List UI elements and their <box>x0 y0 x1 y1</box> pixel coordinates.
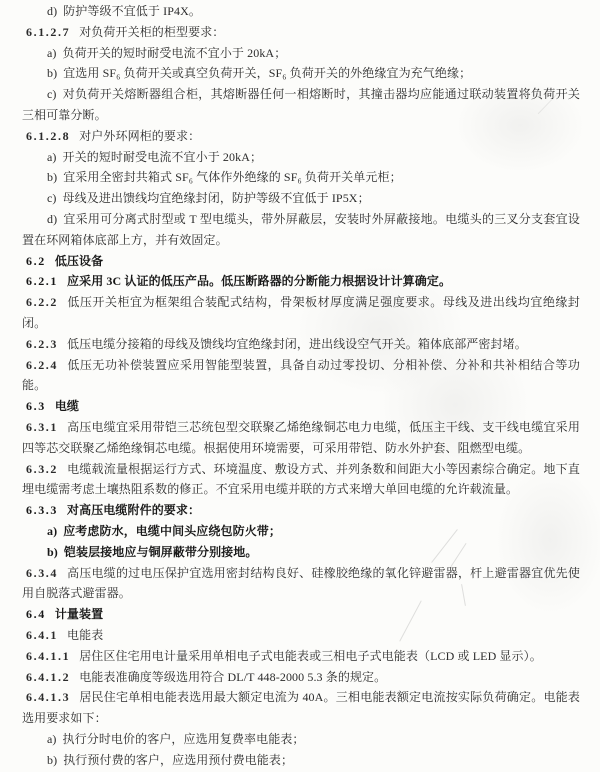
paragraph-text: 防护等级不宜低于 IP4X。 <box>63 4 201 18</box>
clause-number: 6.2.1 <box>26 274 58 288</box>
paragraph-text: 开关的短时耐受电流不宜小于 20kA； <box>63 150 263 164</box>
clause-paragraph: 6.3.2电缆载流量根据运行方式、环境温度、敷设方式、并列条数和间距大小等因素综… <box>22 459 580 501</box>
item-label: a) <box>47 150 57 164</box>
clause-paragraph: 6.3.1高压电缆宜采用带铠三芯统包型交联聚乙烯绝缘铜芯电力电缆，低压主干线、支… <box>22 417 580 459</box>
paragraph-text: 执行预付费的客户，应选用预付费电能表； <box>63 753 293 767</box>
paragraph-text: 执行分时电价的客户，应选用复费率电能表； <box>63 732 305 746</box>
item-label: a) <box>47 46 57 60</box>
item-label: b) <box>47 753 57 767</box>
paragraph-text: 对户外环网柜的要求： <box>79 129 200 143</box>
list-item: c)对负荷开关熔断器组合柜，其熔断器任何一相熔断时，其撞击器均应能通过联动装置将… <box>22 84 580 126</box>
clause-number: 6.3.3 <box>26 503 58 517</box>
list-item: b)宜采用全密封共箱式 SF₆ 气体作外绝缘的 SF₆ 负荷开关单元柜； <box>22 167 580 188</box>
item-label: d) <box>47 4 57 18</box>
list-item: a)应考虑防水，电缆中间头应绕包防火带； <box>22 521 580 542</box>
document-body: d)防护等级不宜低于 IP4X。 6.1.2.7对负荷开关柜的柜型要求： a)负… <box>22 1 580 770</box>
item-label: b) <box>47 545 58 559</box>
clause-paragraph: 6.3.4高压电缆的过电压保护宜选用密封结构良好、硅橡胶绝缘的氧化锌避雷器，杆上… <box>22 563 580 605</box>
paragraph-text: 应考虑防水，电缆中间头应绕包防火带； <box>63 524 281 538</box>
paragraph-text: 对高压电缆附件的要求： <box>67 503 200 517</box>
clause-number: 6.3.2 <box>26 462 58 476</box>
item-label: a) <box>47 732 57 746</box>
clause-paragraph: 6.4.1电能表 <box>22 625 580 646</box>
list-item: c)母线及进出馈线均宜绝缘封闭，防护等级不宜低于 IP5X； <box>22 188 580 209</box>
clause-number: 6.4.1.1 <box>26 649 70 663</box>
clause-number: 6.4.1.2 <box>26 670 70 684</box>
paragraph-text: 计量装置 <box>55 607 103 621</box>
clause-number: 6.4.1.3 <box>26 690 70 704</box>
list-item: d)宜采用可分离式肘型或 T 型电缆头，带外屏蔽层，安装时外屏蔽接地。电缆头的三… <box>22 209 580 251</box>
section-number: 6.4 <box>26 607 46 621</box>
paragraph-text: 电能表 <box>67 628 103 642</box>
paragraph-text: 电能表准确度等级选用符合 DL/T 448-2000 5.3 条的规定。 <box>79 670 386 684</box>
paragraph-text: 宜采用可分离式肘型或 T 型电缆头，带外屏蔽层，安装时外屏蔽接地。电缆头的三叉分… <box>22 212 580 247</box>
clause-number: 6.1.2.8 <box>26 129 70 143</box>
list-item: b)铠装层接地应与铜屏蔽带分别接地。 <box>22 542 580 563</box>
clause-paragraph: 6.1.2.7对负荷开关柜的柜型要求： <box>22 22 580 43</box>
paragraph-text: 负荷开关的短时耐受电流不宜小于 20kA； <box>63 46 287 60</box>
list-item: b)宜选用 SF₆ 负荷开关或真空负荷开关，SF₆ 负荷开关的外绝缘宜为充气绝缘… <box>22 63 580 84</box>
document-page: d)防护等级不宜低于 IP4X。 6.1.2.7对负荷开关柜的柜型要求： a)负… <box>0 0 600 772</box>
clause-paragraph: 6.2.3低压电缆分接箱的母线及馈线均宜绝缘封闭，进出线设空气开关。箱体底部严密… <box>22 334 580 355</box>
section-number: 6.2 <box>26 254 46 268</box>
clause-paragraph: 6.2.4低压无功补偿装置应采用智能型装置，具备自动过零投切、分相补偿、分补和共… <box>22 355 580 397</box>
item-label: d) <box>47 212 57 226</box>
clause-number: 6.2.3 <box>26 337 58 351</box>
list-item: a)负荷开关的短时耐受电流不宜小于 20kA； <box>22 43 580 64</box>
paragraph-text: 高压电缆宜采用带铠三芯统包型交联聚乙烯绝缘铜芯电力电缆，低压主干线、支干线电缆宜… <box>22 420 580 455</box>
paragraph-text: 母线及进出馈线均宜绝缘封闭，防护等级不宜低于 IP5X； <box>63 191 370 205</box>
paragraph-text: 对负荷开关柜的柜型要求： <box>79 25 224 39</box>
section-number: 6.3 <box>26 399 46 413</box>
clause-paragraph: 6.2.2低压开关柜宜为框架组合装配式结构，骨架板材厚度满足强度要求。母线及进出… <box>22 292 580 334</box>
list-item: b)执行预付费的客户，应选用预付费电能表； <box>22 750 580 771</box>
paragraph-text: 高压电缆的过电压保护宜选用密封结构良好、硅橡胶绝缘的氧化锌避雷器，杆上避雷器宜优… <box>22 566 580 601</box>
item-label: b) <box>47 170 57 184</box>
item-label: c) <box>47 191 57 205</box>
clause-number: 6.3.4 <box>26 566 58 580</box>
paragraph-text: 电缆载流量根据运行方式、环境温度、敷设方式、并列条数和间距大小等因素综合确定。地… <box>22 462 580 497</box>
paragraph-text: 居民住宅单相电能表选用最大额定电流为 40A。三相电能表额定电流按实际负荷确定。… <box>22 690 580 725</box>
clause-number: 6.4.1 <box>26 628 58 642</box>
clause-paragraph: 6.3.3对高压电缆附件的要求： <box>22 500 580 521</box>
item-label: a) <box>47 524 57 538</box>
clause-paragraph: 6.4.1.1居住区住宅用电计量采用单相电子式电能表或三相电子式电能表（LCD … <box>22 646 580 667</box>
list-item: d)防护等级不宜低于 IP4X。 <box>22 1 580 22</box>
list-item: a)执行分时电价的客户，应选用复费率电能表； <box>22 729 580 750</box>
clause-number: 6.2.4 <box>26 358 58 372</box>
paragraph-text: 低压电缆分接箱的母线及馈线均宜绝缘封闭，进出线设空气开关。箱体底部严密封堵。 <box>67 337 527 351</box>
clause-number: 6.1.2.7 <box>26 25 70 39</box>
clause-paragraph: 6.4.1.3居民住宅单相电能表选用最大额定电流为 40A。三相电能表额定电流按… <box>22 687 580 729</box>
section-heading: 6.2低压设备 <box>22 251 580 272</box>
list-item: a)开关的短时耐受电流不宜小于 20kA； <box>22 147 580 168</box>
paragraph-text: 宜选用 SF₆ 负荷开关或真空负荷开关，SF₆ 负荷开关的外绝缘宜为充气绝缘； <box>63 66 471 80</box>
paragraph-text: 低压开关柜宜为框架组合装配式结构，骨架板材厚度满足强度要求。母线及进出线均宜绝缘… <box>22 295 580 330</box>
paragraph-text: 应采用 3C 认证的低压产品。低压断路器的分断能力根据设计计算确定。 <box>67 274 451 288</box>
section-heading: 6.4计量装置 <box>22 604 580 625</box>
section-heading: 6.3电缆 <box>22 396 580 417</box>
paragraph-text: 对负荷开关熔断器组合柜，其熔断器任何一相熔断时，其撞击器均应能通过联动装置将负荷… <box>22 87 580 122</box>
paragraph-text: 电缆 <box>55 399 79 413</box>
clause-number: 6.3.1 <box>26 420 58 434</box>
clause-paragraph: 6.1.2.8对户外环网柜的要求： <box>22 126 580 147</box>
item-label: b) <box>47 66 57 80</box>
clause-paragraph: 6.2.1应采用 3C 认证的低压产品。低压断路器的分断能力根据设计计算确定。 <box>22 271 580 292</box>
clause-number: 6.2.2 <box>26 295 58 309</box>
item-label: c) <box>47 87 57 101</box>
paragraph-text: 低压无功补偿装置应采用智能型装置，具备自动过零投切、分相补偿、分补和共补相结合等… <box>22 358 580 393</box>
paragraph-text: 居住区住宅用电计量采用单相电子式电能表或三相电子式电能表（LCD 或 LED 显… <box>79 649 542 663</box>
paragraph-text: 低压设备 <box>55 254 103 268</box>
clause-paragraph: 6.4.1.2电能表准确度等级选用符合 DL/T 448-2000 5.3 条的… <box>22 667 580 688</box>
paragraph-text: 铠装层接地应与铜屏蔽带分别接地。 <box>64 545 258 559</box>
paragraph-text: 宜采用全密封共箱式 SF₆ 气体作外绝缘的 SF₆ 负荷开关单元柜； <box>63 170 401 184</box>
